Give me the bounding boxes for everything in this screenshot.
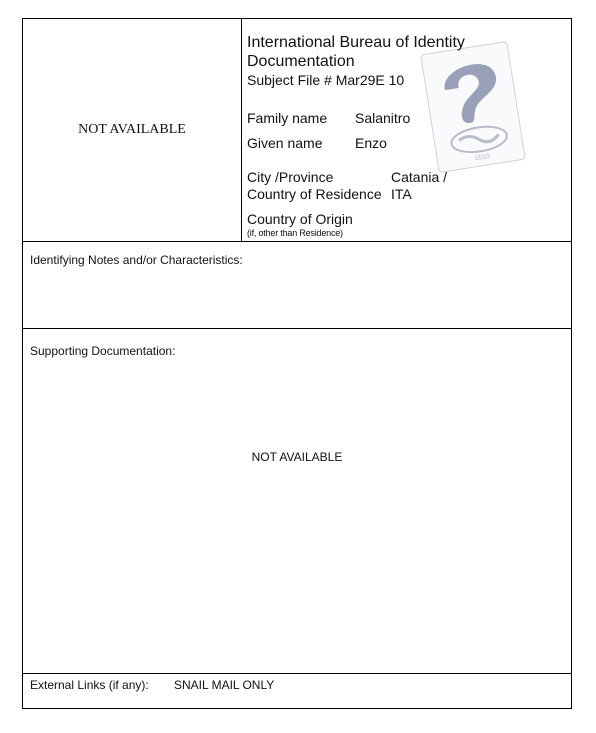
- family-name-label: Family name: [247, 110, 327, 126]
- identity-document-form: NOT AVAILABLE 1610 International Bureau …: [22, 18, 572, 709]
- city-label: City /Province: [247, 169, 333, 185]
- city-value: Catania /: [391, 169, 447, 185]
- supporting-docs-label: Supporting Documentation:: [30, 344, 175, 358]
- divider: [23, 328, 571, 329]
- subject-file-number: Subject File # Mar29E 10: [247, 71, 567, 89]
- column-divider: [241, 19, 242, 241]
- divider: [23, 673, 571, 674]
- bureau-title-2: Documentation: [247, 52, 567, 71]
- country-residence-label: Country of Residence: [247, 186, 382, 202]
- svg-text:1610: 1610: [474, 153, 491, 162]
- subject-info: International Bureau of Identity Documen…: [247, 33, 567, 89]
- country-residence-value: ITA: [391, 186, 412, 202]
- given-name-label: Given name: [247, 135, 322, 151]
- family-name-value: Salanitro: [355, 110, 410, 126]
- photo-cell: NOT AVAILABLE: [23, 19, 241, 241]
- photo-placeholder: NOT AVAILABLE: [78, 122, 186, 138]
- supporting-docs-value: NOT AVAILABLE: [23, 450, 571, 464]
- external-links-value: SNAIL MAIL ONLY: [174, 678, 274, 692]
- external-links-label: External Links (if any):: [30, 678, 149, 692]
- given-name-value: Enzo: [355, 135, 387, 151]
- divider: [23, 241, 571, 242]
- bureau-title-1: International Bureau of Identity: [247, 33, 567, 52]
- country-origin-note: (if, other than Residence): [247, 228, 343, 238]
- identifying-notes-label: Identifying Notes and/or Characteristics…: [30, 253, 243, 267]
- country-origin-label: Country of Origin: [247, 211, 353, 227]
